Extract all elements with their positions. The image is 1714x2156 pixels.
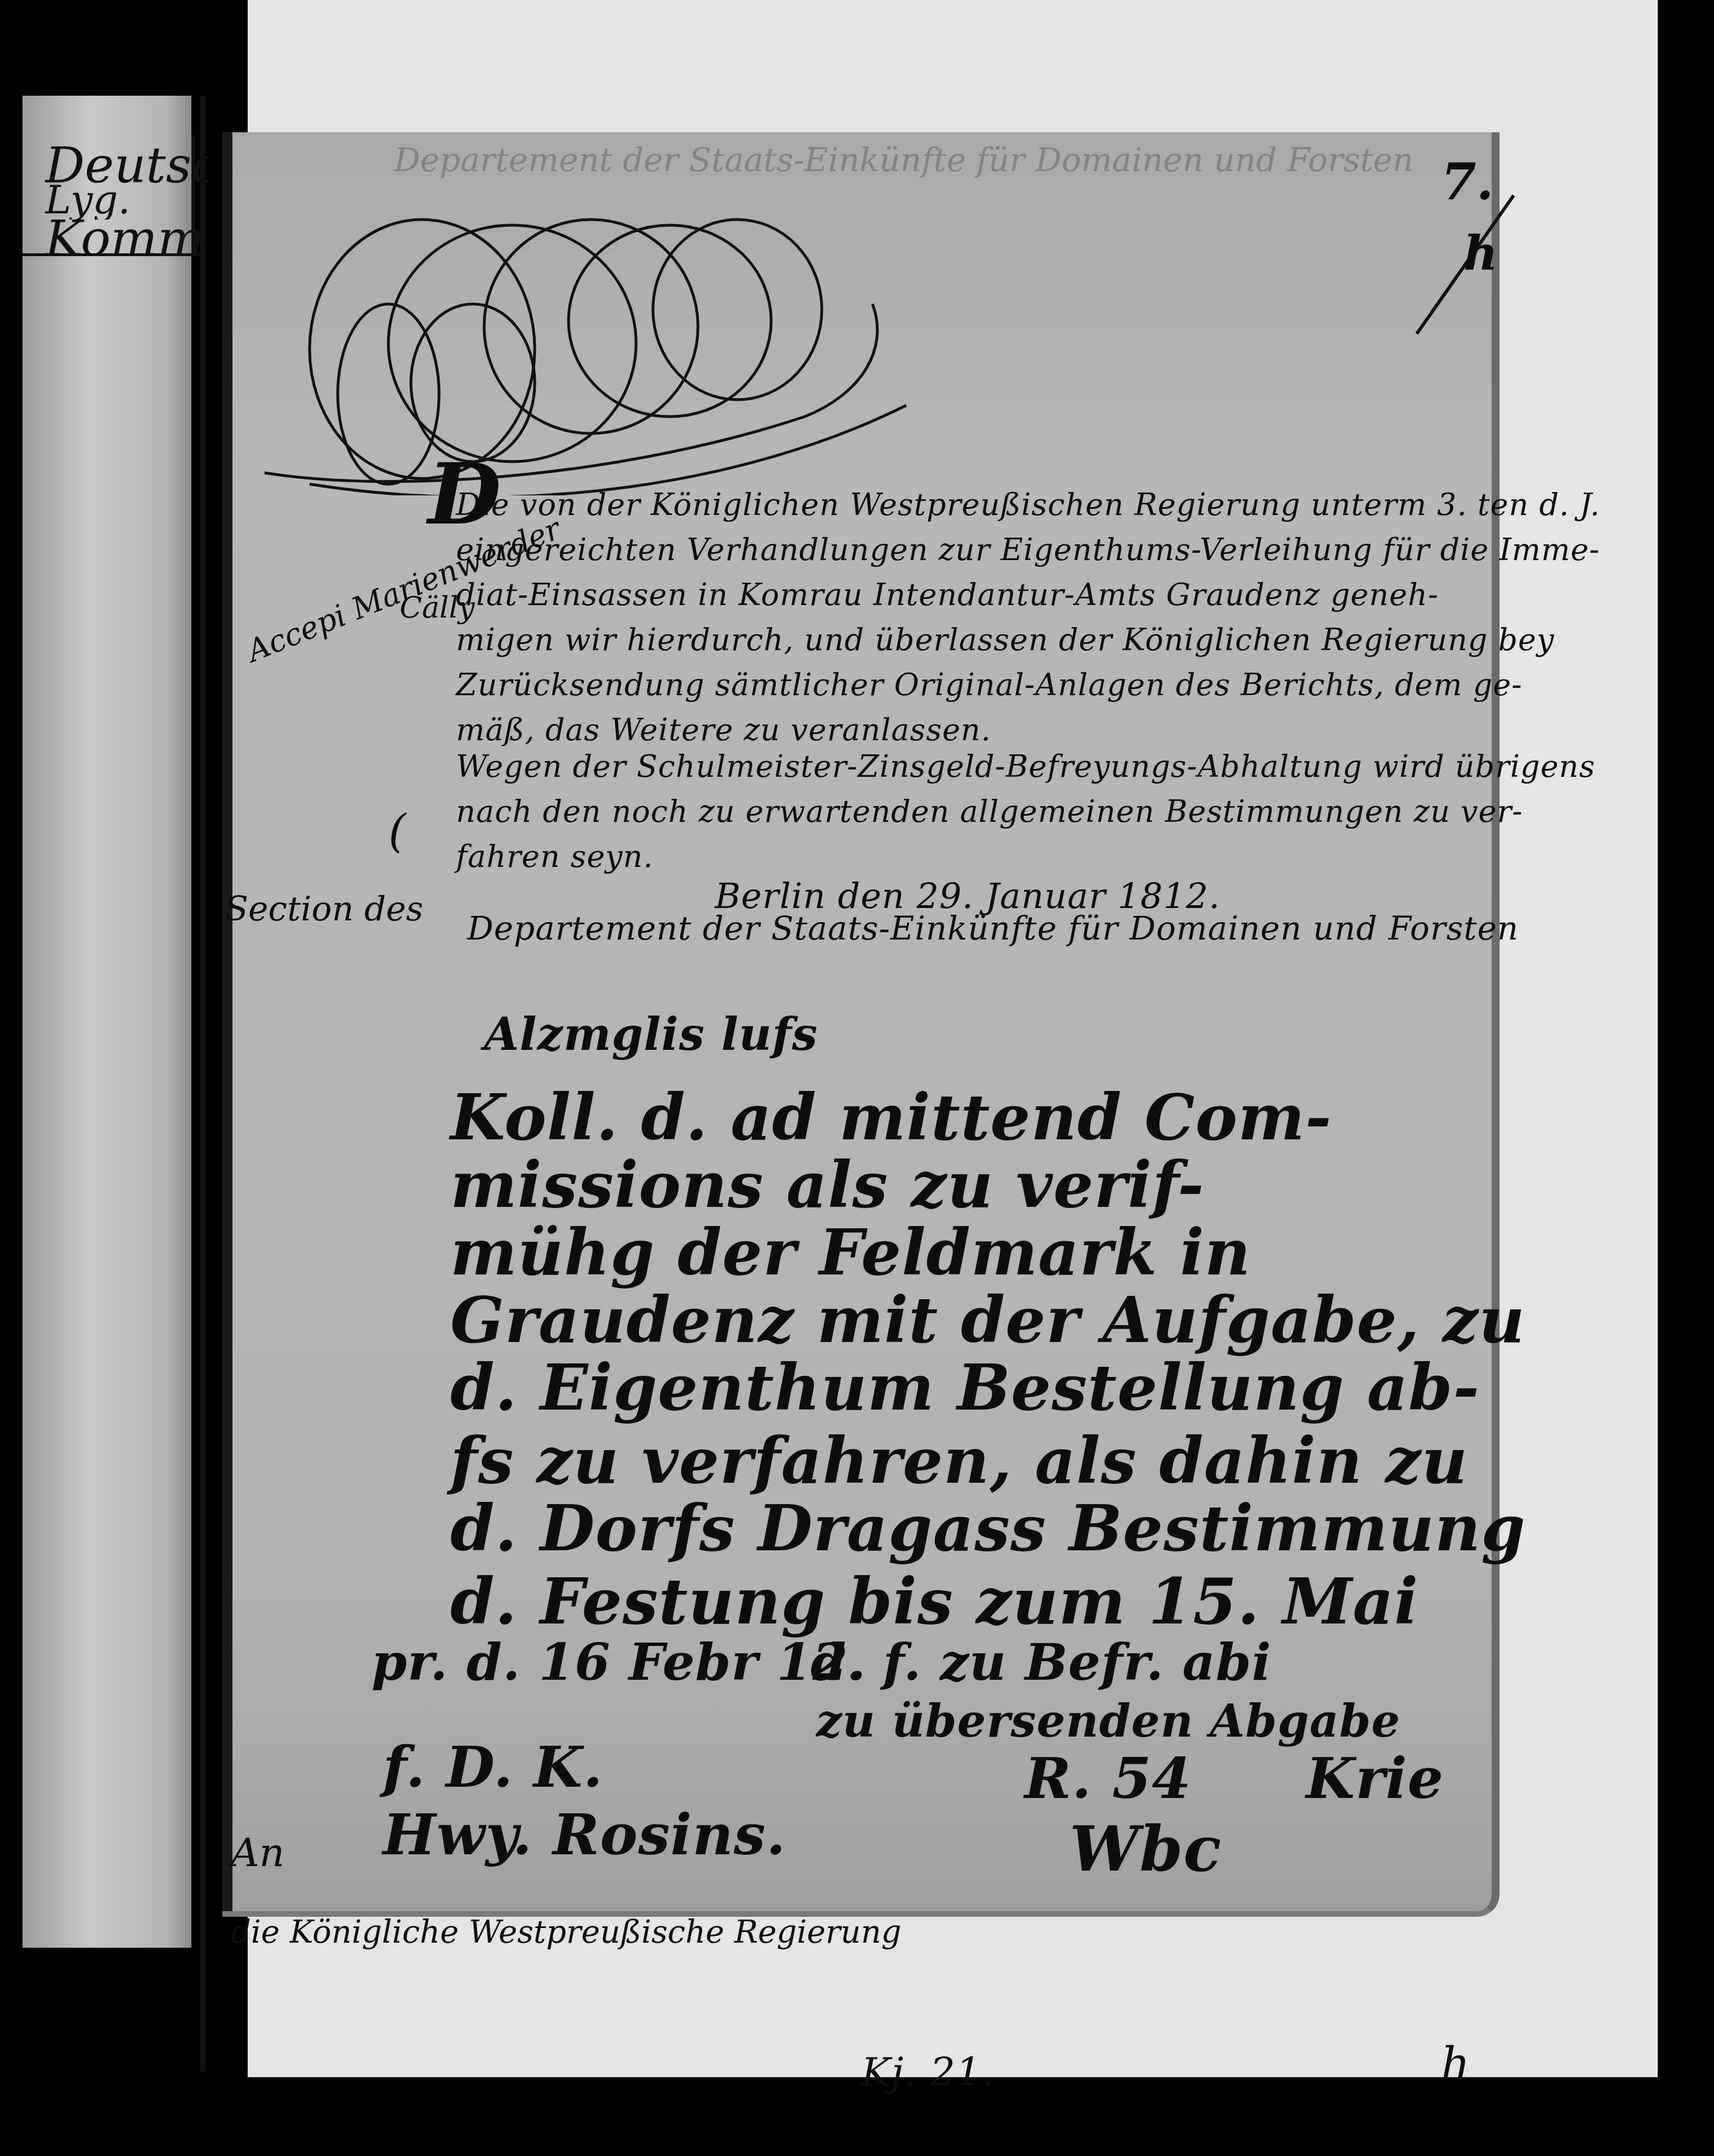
section-label: Section des: [225, 889, 423, 929]
signoff-left-name: Hwy. Rosins.: [383, 1801, 786, 1868]
margin-mark: (: [388, 805, 406, 857]
corner-mark: h: [1441, 2038, 1471, 2090]
body-line: migen wir hierdurch, und überlassen der …: [456, 622, 1554, 657]
body-line: fahren seyn.: [456, 839, 654, 874]
annotation-line: Koll. d. ad mittend Com-: [450, 1081, 1332, 1155]
received-note: pr. d. 16 Febr 12.: [372, 1632, 866, 1692]
registry-number: R. 54: [1024, 1745, 1192, 1811]
body-line: eingereichten Verhandlungen zur Eigenthu…: [456, 532, 1600, 567]
signoff-initials: Wbc: [1069, 1813, 1221, 1885]
annotation-line: d. Dorfs Dragass Bestimmung: [450, 1492, 1526, 1565]
address-to-label: An: [231, 1830, 285, 1876]
calligraphic-flourish-icon: [242, 180, 918, 495]
department-line: Departement der Staats-Einkünfte für Dom…: [467, 909, 1519, 947]
body-line: nach den noch zu erwartenden allgemeinen…: [456, 794, 1523, 829]
body-line: mäß, das Weitere zu veranlassen.: [456, 712, 991, 748]
annotation-line: Graudenz mit der Aufgabe, zu: [450, 1283, 1525, 1357]
body-line: diat-Einsassen in Komrau Intendantur-Amt…: [456, 577, 1439, 612]
annotation-line: d. Eigenthum Bestellung ab-: [450, 1351, 1480, 1425]
page-binding-edge: [222, 132, 232, 1911]
signoff-right: Krie: [1306, 1745, 1444, 1811]
archive-spine: [23, 96, 191, 1948]
signoff-left: f. D. K.: [383, 1734, 603, 1800]
continuation-line: zu übersenden Abgabe: [816, 1694, 1400, 1747]
received-rest: d. f. zu Befr. abi: [811, 1632, 1272, 1692]
folio-number: 7.: [1441, 152, 1494, 212]
footer-mark: Kj. 21.: [861, 2049, 995, 2095]
accepi-date: Cälly: [400, 591, 475, 625]
annotation-line: Alzmglis lufs: [484, 1008, 818, 1061]
body-line: Zurücksendung sämtlicher Original-Anlage…: [456, 667, 1522, 703]
spine-label-line: Komm: [45, 214, 208, 263]
address-line: die Königliche Westpreußische Regierung: [231, 1914, 901, 1951]
spine-edge: [200, 96, 205, 2072]
bleed-through-header: Departement der Staats-Einkünfte für Dom…: [394, 141, 1413, 179]
annotation-line: d. Festung bis zum 15. Mai: [450, 1565, 1418, 1639]
annotation-line: missions als zu verif-: [450, 1148, 1205, 1222]
spine-label-box: Deutsch Lyg. Komm: [23, 135, 195, 256]
body-line: Wegen der Schulmeister-Zinsgeld-Befreyun…: [456, 749, 1595, 784]
annotation-line: mühg der Feldmark in: [450, 1216, 1251, 1290]
folio-sub: h: [1464, 225, 1498, 281]
body-line: Die von der Königlichen Westpreußischen …: [456, 487, 1600, 522]
annotation-line: fs zu verfahren, als dahin zu: [450, 1424, 1468, 1498]
